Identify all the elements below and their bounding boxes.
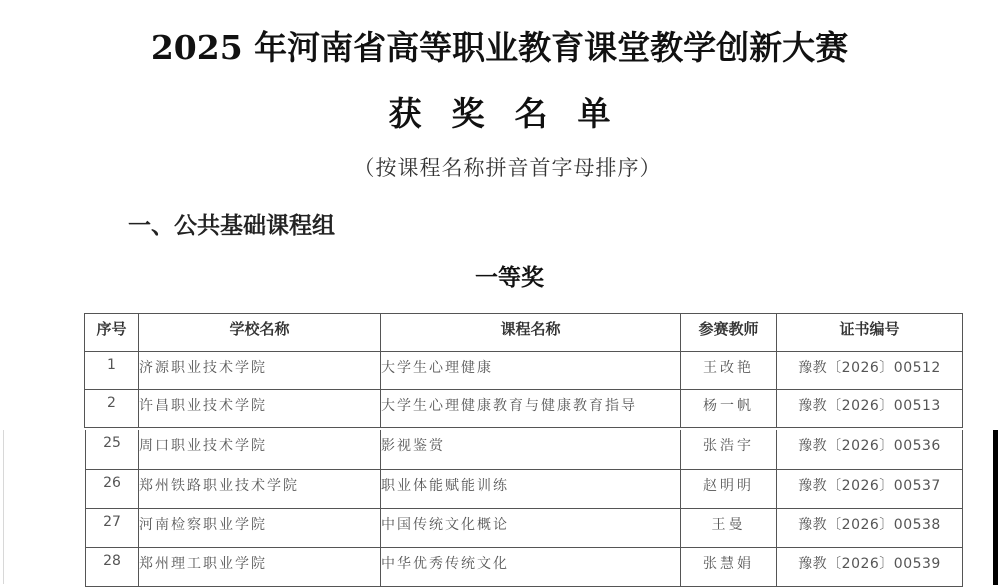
cell-school: 郑州理工职业学院 [139, 547, 381, 586]
cell-teacher: 王曼 [681, 508, 777, 547]
table-row: 26 郑州铁路职业技术学院 职业体能赋能训练 赵明明 豫教〔2026〕00537 [86, 469, 963, 508]
header-certificate: 证书编号 [777, 314, 963, 352]
cell-certificate: 豫教〔2026〕00536 [777, 430, 963, 469]
document-subtitle: 获奖名单 [0, 88, 999, 135]
award-table-bottom: 25 周口职业技术学院 影视鉴赏 张浩宇 豫教〔2026〕00536 26 郑州… [85, 430, 963, 587]
cell-course: 影视鉴赏 [381, 430, 681, 469]
table-header-row: 序号 学校名称 课程名称 参赛教师 证书编号 [85, 314, 963, 352]
cell-school: 周口职业技术学院 [139, 430, 381, 469]
header-index: 序号 [85, 314, 139, 352]
header-course: 课程名称 [381, 314, 681, 352]
cell-course: 大学生心理健康 [381, 352, 681, 390]
award-table-top: 序号 学校名称 课程名称 参赛教师 证书编号 1 济源职业技术学院 大学生心理健… [84, 313, 963, 428]
cell-teacher: 赵明明 [681, 469, 777, 508]
cell-index: 25 [86, 430, 139, 469]
table-row: 1 济源职业技术学院 大学生心理健康 王改艳 豫教〔2026〕00512 [85, 352, 963, 390]
cell-school: 济源职业技术学院 [139, 352, 381, 390]
cell-certificate: 豫教〔2026〕00512 [777, 352, 963, 390]
document-title: 2025 年河南省高等职业教育课堂教学创新大赛 [0, 22, 999, 69]
cell-teacher: 杨一帆 [681, 390, 777, 428]
cell-teacher: 张浩宇 [681, 430, 777, 469]
cell-teacher: 张慧娟 [681, 547, 777, 586]
section-heading: 一、公共基础课程组 [128, 207, 335, 240]
table-row: 25 周口职业技术学院 影视鉴赏 张浩宇 豫教〔2026〕00536 [86, 430, 963, 469]
cell-certificate: 豫教〔2026〕00539 [777, 547, 963, 586]
sort-note: （按课程名称拼音首字母排序） [0, 152, 999, 182]
cell-course: 大学生心理健康教育与健康教育指导 [381, 390, 681, 428]
cell-index: 1 [85, 352, 139, 390]
cell-certificate: 豫教〔2026〕00537 [777, 469, 963, 508]
table-row: 28 郑州理工职业学院 中华优秀传统文化 张慧娟 豫教〔2026〕00539 [86, 547, 963, 586]
table-row: 2 许昌职业技术学院 大学生心理健康教育与健康教育指导 杨一帆 豫教〔2026〕… [85, 390, 963, 428]
cell-course: 中国传统文化概论 [381, 508, 681, 547]
cell-course: 中华优秀传统文化 [381, 547, 681, 586]
cell-school: 郑州铁路职业技术学院 [139, 469, 381, 508]
cell-index: 27 [86, 508, 139, 547]
header-school: 学校名称 [139, 314, 381, 352]
cell-index: 2 [85, 390, 139, 428]
cell-index: 26 [86, 469, 139, 508]
cell-school: 河南检察职业学院 [139, 508, 381, 547]
header-teacher: 参赛教师 [681, 314, 777, 352]
cell-index: 28 [86, 547, 139, 586]
table-row: 27 河南检察职业学院 中国传统文化概论 王曼 豫教〔2026〕00538 [86, 508, 963, 547]
cell-teacher: 王改艳 [681, 352, 777, 390]
cell-certificate: 豫教〔2026〕00538 [777, 508, 963, 547]
cell-course: 职业体能赋能训练 [381, 469, 681, 508]
scan-edge-bar [993, 430, 998, 585]
cell-school: 许昌职业技术学院 [139, 390, 381, 428]
scan-edge-line [3, 430, 4, 584]
cell-certificate: 豫教〔2026〕00513 [777, 390, 963, 428]
award-level-heading: 一等奖 [0, 259, 999, 292]
